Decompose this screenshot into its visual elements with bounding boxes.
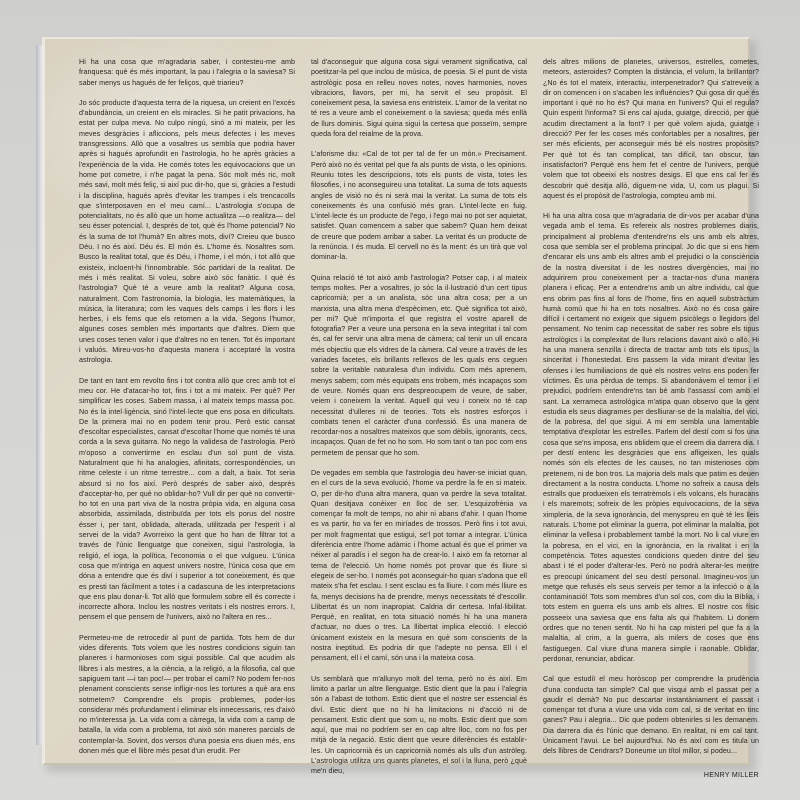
paragraph: Cal que estudiï el meu horòscop per comp… xyxy=(543,674,759,756)
paragraph: De tant en tant em revolto fins i tot co… xyxy=(79,376,295,623)
paragraph: Hi ha una altra cosa que m'agradaria de … xyxy=(543,211,759,664)
text-column-middle: tal d'aconseguir que alguna cosa sigui v… xyxy=(311,57,527,747)
paragraph: L'aforisme diu: «Cal de tot per tal de f… xyxy=(311,149,527,262)
paragraph: Jo sóc producte d'aquesta terra de la ri… xyxy=(79,98,295,366)
record-sleeve-back-cover: Hi ha una cosa que m'agradaria saber, i … xyxy=(42,37,750,765)
paragraph: Us semblarà que m'allunyo molt del tema,… xyxy=(311,674,527,777)
text-columns: Hi ha una cosa que m'agradaria saber, i … xyxy=(79,57,759,747)
paragraph: tal d'aconseguir que alguna cosa sigui v… xyxy=(311,57,527,139)
paragraph: dels altres milions de planetes, univers… xyxy=(543,57,759,201)
text-column-right: dels altres milions de planetes, univers… xyxy=(543,57,759,747)
text-column-left: Hi ha una cosa que m'agradaria saber, i … xyxy=(79,57,295,747)
author-signature: HENRY MILLER xyxy=(543,771,759,781)
paragraph: De vegades em sembla que l'astrologia de… xyxy=(311,468,527,664)
paragraph: Quina relació té tot això amb l'astrolog… xyxy=(311,273,527,458)
paragraph: Hi ha una cosa que m'agradaria saber, i … xyxy=(79,57,295,88)
paragraph: Permeteu-me de retrocedir al punt de par… xyxy=(79,633,295,757)
